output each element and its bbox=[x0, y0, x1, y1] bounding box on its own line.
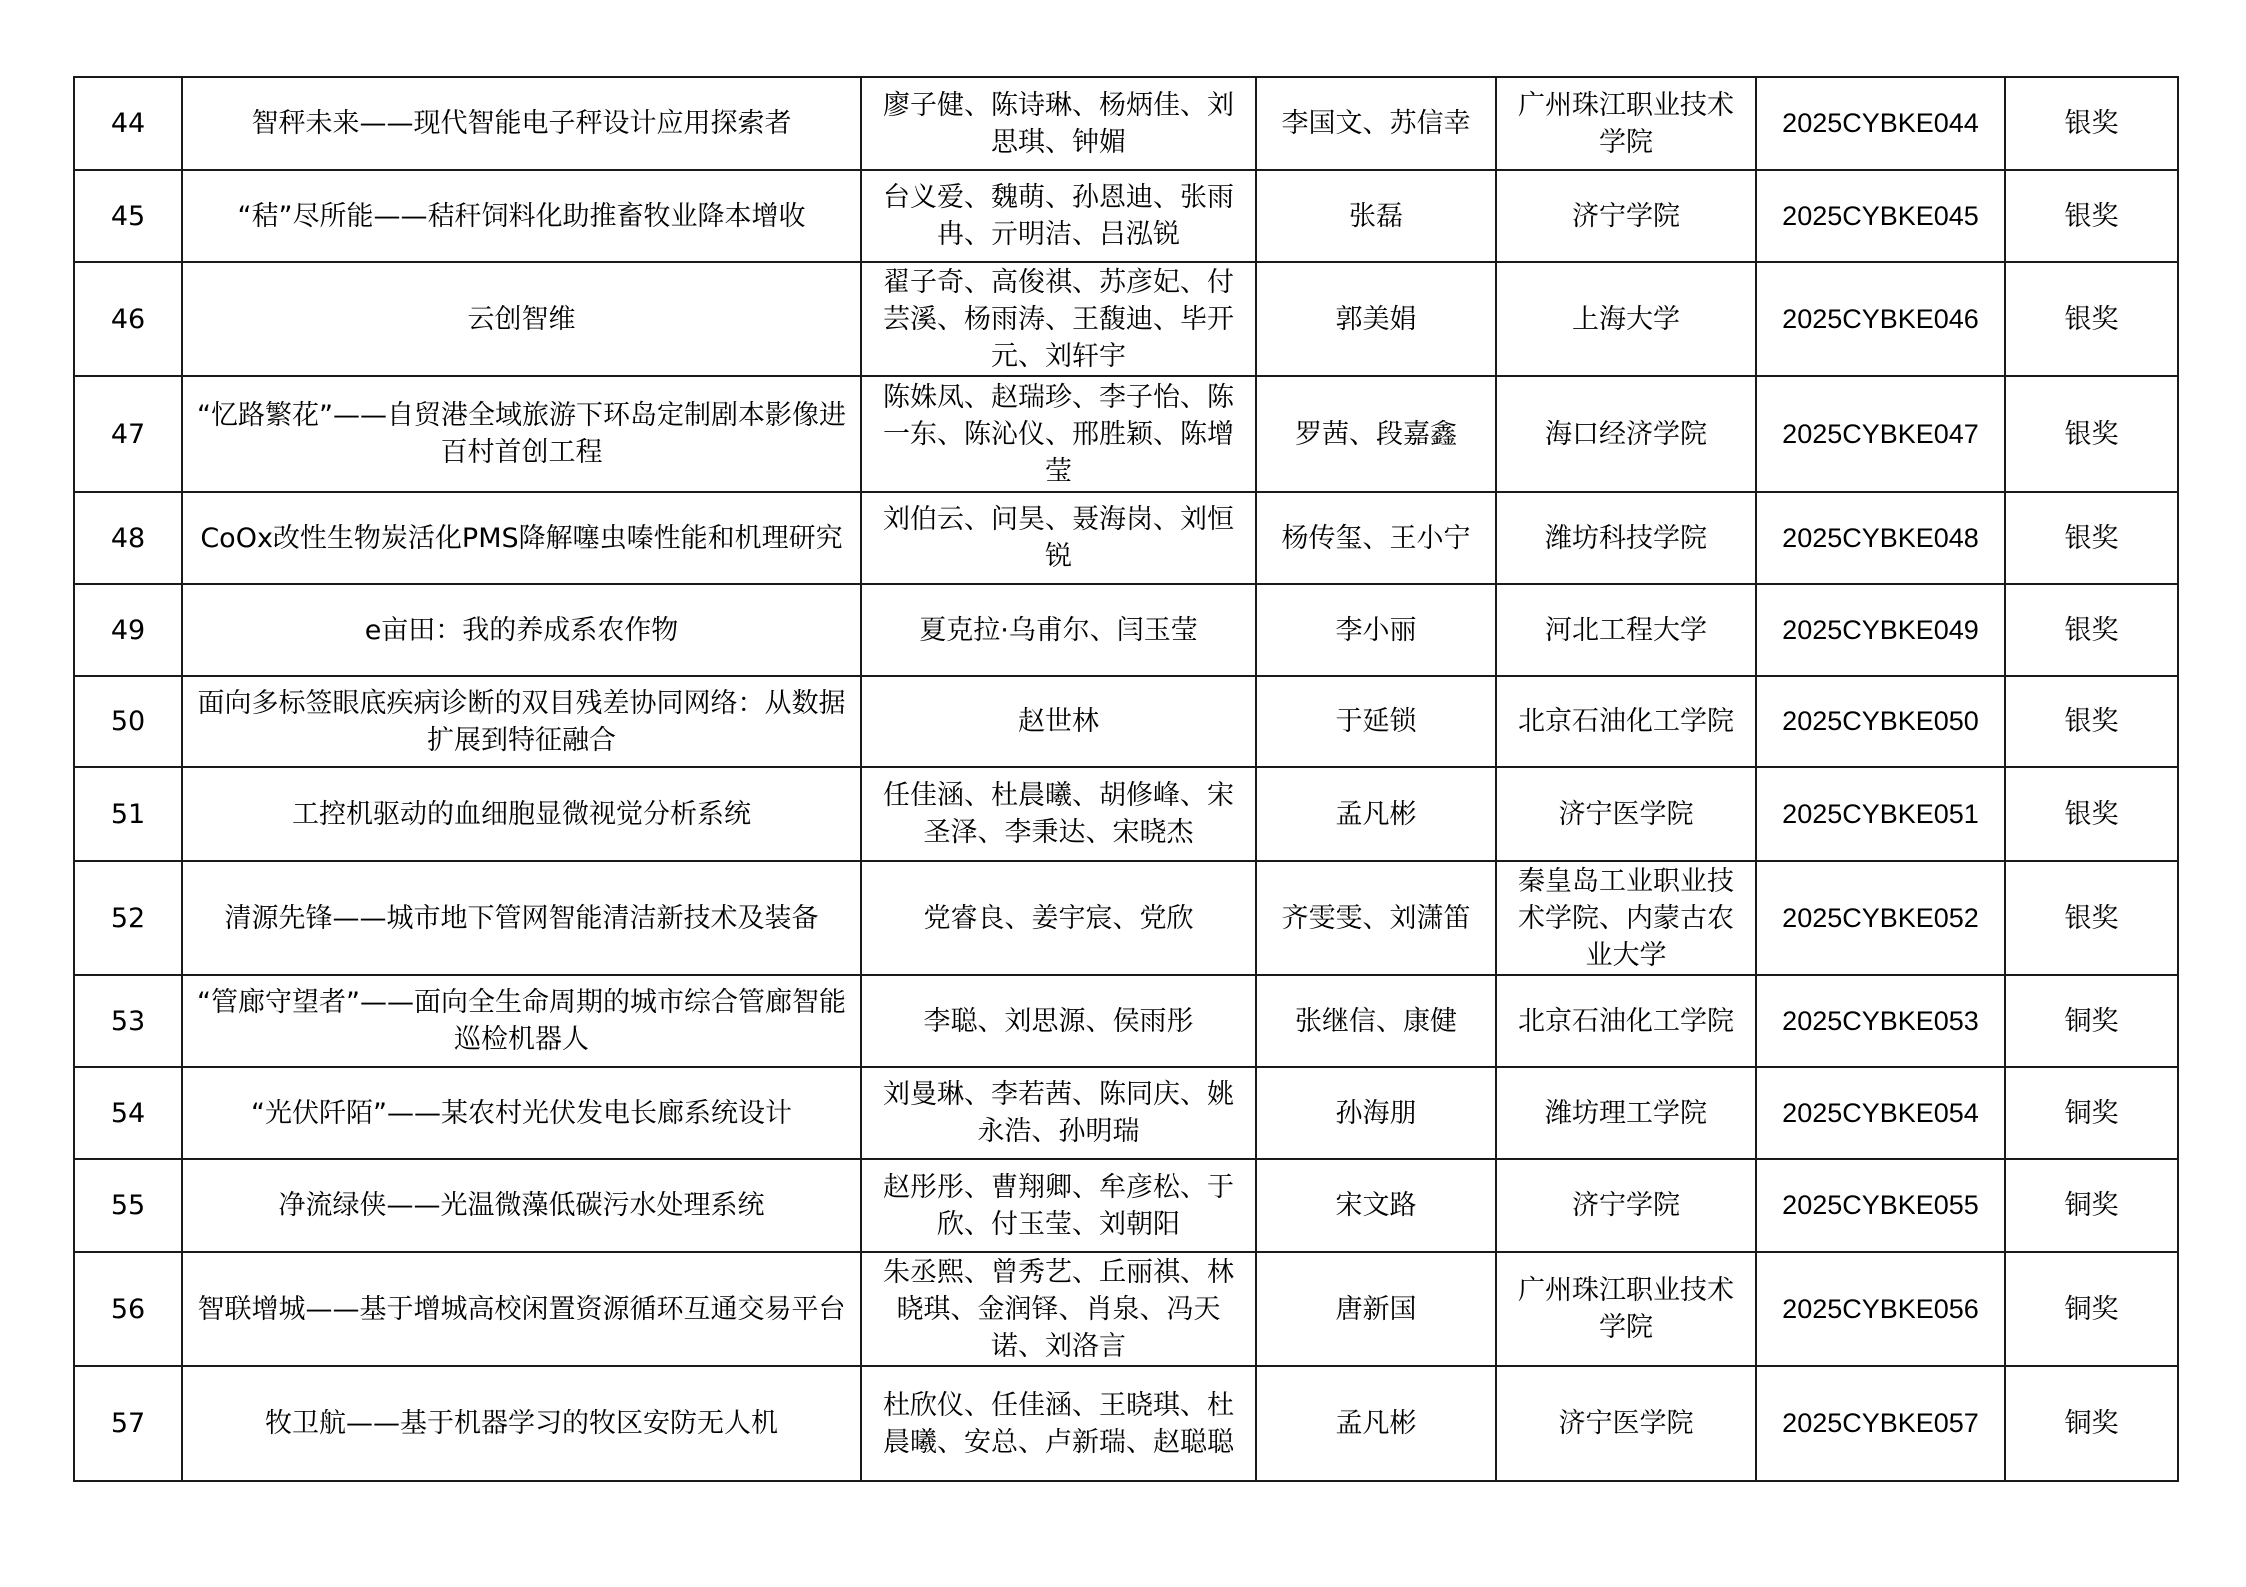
cell-advisor: 孙海朋 bbox=[1256, 1067, 1496, 1159]
cell-project-code: 2025CYBKE057 bbox=[1756, 1366, 2005, 1481]
table-row: 56 智联增城——基于增城高校闲置资源循环互通交易平台 朱丞熙、曾秀艺、丘丽祺、… bbox=[74, 1252, 2178, 1366]
cell-advisor: 于延锁 bbox=[1256, 676, 1496, 767]
cell-school: 河北工程大学 bbox=[1496, 584, 1756, 676]
cell-project-title: 智联增城——基于增城高校闲置资源循环互通交易平台 bbox=[182, 1252, 861, 1366]
cell-project-code: 2025CYBKE046 bbox=[1756, 262, 2005, 376]
cell-project-code: 2025CYBKE055 bbox=[1756, 1159, 2005, 1252]
cell-number: 46 bbox=[74, 262, 182, 376]
cell-number: 44 bbox=[74, 77, 182, 170]
cell-project-title: 清源先锋——城市地下管网智能清洁新技术及装备 bbox=[182, 861, 861, 975]
cell-project-code: 2025CYBKE054 bbox=[1756, 1067, 2005, 1159]
cell-project-title: 净流绿侠——光温微藻低碳污水处理系统 bbox=[182, 1159, 861, 1252]
cell-team-members: 任佳涵、杜晨曦、胡修峰、宋圣泽、李秉达、宋晓杰 bbox=[861, 767, 1256, 861]
cell-number: 45 bbox=[74, 170, 182, 262]
cell-school: 广州珠江职业技术学院 bbox=[1496, 1252, 1756, 1366]
cell-award: 铜奖 bbox=[2005, 1067, 2178, 1159]
cell-advisor: 唐新国 bbox=[1256, 1252, 1496, 1366]
cell-school: 北京石油化工学院 bbox=[1496, 676, 1756, 767]
cell-project-title: 智秤未来——现代智能电子秤设计应用探索者 bbox=[182, 77, 861, 170]
table-row: 54 “光伏阡陌”——某农村光伏发电长廊系统设计 刘曼琳、李若茜、陈同庆、姚永浩… bbox=[74, 1067, 2178, 1159]
cell-project-title: 面向多标签眼底疾病诊断的双目残差协同网络：从数据扩展到特征融合 bbox=[182, 676, 861, 767]
cell-project-title: 工控机驱动的血细胞显微视觉分析系统 bbox=[182, 767, 861, 861]
cell-award: 银奖 bbox=[2005, 77, 2178, 170]
cell-advisor: 郭美娟 bbox=[1256, 262, 1496, 376]
cell-advisor: 罗茜、段嘉鑫 bbox=[1256, 376, 1496, 492]
cell-project-code: 2025CYBKE051 bbox=[1756, 767, 2005, 861]
cell-award: 铜奖 bbox=[2005, 1252, 2178, 1366]
cell-project-code: 2025CYBKE052 bbox=[1756, 861, 2005, 975]
cell-project-title: 云创智维 bbox=[182, 262, 861, 376]
cell-school: 广州珠江职业技术学院 bbox=[1496, 77, 1756, 170]
cell-advisor: 孟凡彬 bbox=[1256, 1366, 1496, 1481]
table-row: 55 净流绿侠——光温微藻低碳污水处理系统 赵彤彤、曹翔卿、牟彦松、于欣、付玉莹… bbox=[74, 1159, 2178, 1252]
cell-advisor: 孟凡彬 bbox=[1256, 767, 1496, 861]
cell-advisor: 杨传玺、王小宁 bbox=[1256, 492, 1496, 584]
cell-team-members: 夏克拉·乌甫尔、闫玉莹 bbox=[861, 584, 1256, 676]
awards-table: 44 智秤未来——现代智能电子秤设计应用探索者 廖子健、陈诗琳、杨炳佳、刘思琪、… bbox=[73, 76, 2179, 1482]
cell-team-members: 李聪、刘思源、侯雨彤 bbox=[861, 975, 1256, 1067]
cell-number: 51 bbox=[74, 767, 182, 861]
cell-advisor: 李国文、苏信幸 bbox=[1256, 77, 1496, 170]
table-row: 44 智秤未来——现代智能电子秤设计应用探索者 廖子健、陈诗琳、杨炳佳、刘思琪、… bbox=[74, 77, 2178, 170]
cell-project-code: 2025CYBKE044 bbox=[1756, 77, 2005, 170]
cell-school: 济宁医学院 bbox=[1496, 1366, 1756, 1481]
cell-award: 铜奖 bbox=[2005, 1366, 2178, 1481]
cell-team-members: 朱丞熙、曾秀艺、丘丽祺、林晓琪、金润铎、肖泉、冯天诺、刘洛言 bbox=[861, 1252, 1256, 1366]
cell-award: 铜奖 bbox=[2005, 975, 2178, 1067]
cell-number: 47 bbox=[74, 376, 182, 492]
cell-project-code: 2025CYBKE050 bbox=[1756, 676, 2005, 767]
cell-team-members: 赵世林 bbox=[861, 676, 1256, 767]
cell-advisor: 宋文路 bbox=[1256, 1159, 1496, 1252]
cell-project-title: 牧卫航——基于机器学习的牧区安防无人机 bbox=[182, 1366, 861, 1481]
cell-award: 银奖 bbox=[2005, 492, 2178, 584]
cell-project-title: “忆路繁花”——自贸港全域旅游下环岛定制剧本影像进百村首创工程 bbox=[182, 376, 861, 492]
table-row: 49 e亩田：我的养成系农作物 夏克拉·乌甫尔、闫玉莹 李小丽 河北工程大学 2… bbox=[74, 584, 2178, 676]
cell-team-members: 翟子奇、高俊祺、苏彦妃、付芸溪、杨雨涛、王馥迪、毕开元、刘轩宇 bbox=[861, 262, 1256, 376]
cell-school: 秦皇岛工业职业技术学院、内蒙古农业大学 bbox=[1496, 861, 1756, 975]
cell-school: 济宁医学院 bbox=[1496, 767, 1756, 861]
cell-project-title: CoOx改性生物炭活化PMS降解噻虫嗪性能和机理研究 bbox=[182, 492, 861, 584]
cell-team-members: 杜欣仪、任佳涵、王晓琪、杜晨曦、安总、卢新瑞、赵聪聪 bbox=[861, 1366, 1256, 1481]
cell-project-code: 2025CYBKE045 bbox=[1756, 170, 2005, 262]
cell-number: 50 bbox=[74, 676, 182, 767]
cell-award: 银奖 bbox=[2005, 262, 2178, 376]
cell-award: 铜奖 bbox=[2005, 1159, 2178, 1252]
cell-project-code: 2025CYBKE048 bbox=[1756, 492, 2005, 584]
cell-school: 济宁学院 bbox=[1496, 170, 1756, 262]
cell-advisor: 张磊 bbox=[1256, 170, 1496, 262]
table-row: 52 清源先锋——城市地下管网智能清洁新技术及装备 党睿良、姜宇宸、党欣 齐雯雯… bbox=[74, 861, 2178, 975]
cell-project-title: “光伏阡陌”——某农村光伏发电长廊系统设计 bbox=[182, 1067, 861, 1159]
cell-advisor: 齐雯雯、刘潇笛 bbox=[1256, 861, 1496, 975]
cell-team-members: 陈姝凤、赵瑞珍、李子怡、陈一东、陈沁仪、邢胜颖、陈增莹 bbox=[861, 376, 1256, 492]
cell-school: 济宁学院 bbox=[1496, 1159, 1756, 1252]
cell-school: 潍坊理工学院 bbox=[1496, 1067, 1756, 1159]
cell-school: 上海大学 bbox=[1496, 262, 1756, 376]
cell-number: 53 bbox=[74, 975, 182, 1067]
table-row: 47 “忆路繁花”——自贸港全域旅游下环岛定制剧本影像进百村首创工程 陈姝凤、赵… bbox=[74, 376, 2178, 492]
cell-project-title: “秸”尽所能——秸秆饲料化助推畜牧业降本增收 bbox=[182, 170, 861, 262]
table-row: 50 面向多标签眼底疾病诊断的双目残差协同网络：从数据扩展到特征融合 赵世林 于… bbox=[74, 676, 2178, 767]
cell-advisor: 李小丽 bbox=[1256, 584, 1496, 676]
cell-team-members: 党睿良、姜宇宸、党欣 bbox=[861, 861, 1256, 975]
cell-school: 潍坊科技学院 bbox=[1496, 492, 1756, 584]
cell-number: 54 bbox=[74, 1067, 182, 1159]
table-row: 45 “秸”尽所能——秸秆饲料化助推畜牧业降本增收 台义爱、魏萌、孙恩迪、张雨冉… bbox=[74, 170, 2178, 262]
cell-number: 49 bbox=[74, 584, 182, 676]
cell-award: 银奖 bbox=[2005, 584, 2178, 676]
cell-project-code: 2025CYBKE047 bbox=[1756, 376, 2005, 492]
cell-advisor: 张继信、康健 bbox=[1256, 975, 1496, 1067]
cell-number: 57 bbox=[74, 1366, 182, 1481]
table-row: 48 CoOx改性生物炭活化PMS降解噻虫嗪性能和机理研究 刘伯云、问昊、聂海岗… bbox=[74, 492, 2178, 584]
cell-number: 56 bbox=[74, 1252, 182, 1366]
cell-team-members: 台义爱、魏萌、孙恩迪、张雨冉、亓明洁、吕泓锐 bbox=[861, 170, 1256, 262]
cell-school: 北京石油化工学院 bbox=[1496, 975, 1756, 1067]
cell-award: 银奖 bbox=[2005, 767, 2178, 861]
cell-team-members: 刘曼琳、李若茜、陈同庆、姚永浩、孙明瑞 bbox=[861, 1067, 1256, 1159]
awards-table-body: 44 智秤未来——现代智能电子秤设计应用探索者 廖子健、陈诗琳、杨炳佳、刘思琪、… bbox=[74, 77, 2178, 1481]
cell-team-members: 赵彤彤、曹翔卿、牟彦松、于欣、付玉莹、刘朝阳 bbox=[861, 1159, 1256, 1252]
cell-number: 52 bbox=[74, 861, 182, 975]
cell-team-members: 刘伯云、问昊、聂海岗、刘恒锐 bbox=[861, 492, 1256, 584]
cell-award: 银奖 bbox=[2005, 861, 2178, 975]
cell-project-code: 2025CYBKE053 bbox=[1756, 975, 2005, 1067]
cell-school: 海口经济学院 bbox=[1496, 376, 1756, 492]
table-row: 53 “管廊守望者”——面向全生命周期的城市综合管廊智能巡检机器人 李聪、刘思源… bbox=[74, 975, 2178, 1067]
cell-project-code: 2025CYBKE056 bbox=[1756, 1252, 2005, 1366]
table-row: 46 云创智维 翟子奇、高俊祺、苏彦妃、付芸溪、杨雨涛、王馥迪、毕开元、刘轩宇 … bbox=[74, 262, 2178, 376]
cell-project-title: e亩田：我的养成系农作物 bbox=[182, 584, 861, 676]
cell-project-title: “管廊守望者”——面向全生命周期的城市综合管廊智能巡检机器人 bbox=[182, 975, 861, 1067]
cell-award: 银奖 bbox=[2005, 676, 2178, 767]
cell-project-code: 2025CYBKE049 bbox=[1756, 584, 2005, 676]
cell-number: 55 bbox=[74, 1159, 182, 1252]
cell-award: 银奖 bbox=[2005, 170, 2178, 262]
cell-team-members: 廖子健、陈诗琳、杨炳佳、刘思琪、钟媚 bbox=[861, 77, 1256, 170]
table-row: 57 牧卫航——基于机器学习的牧区安防无人机 杜欣仪、任佳涵、王晓琪、杜晨曦、安… bbox=[74, 1366, 2178, 1481]
table-row: 51 工控机驱动的血细胞显微视觉分析系统 任佳涵、杜晨曦、胡修峰、宋圣泽、李秉达… bbox=[74, 767, 2178, 861]
cell-number: 48 bbox=[74, 492, 182, 584]
cell-award: 银奖 bbox=[2005, 376, 2178, 492]
